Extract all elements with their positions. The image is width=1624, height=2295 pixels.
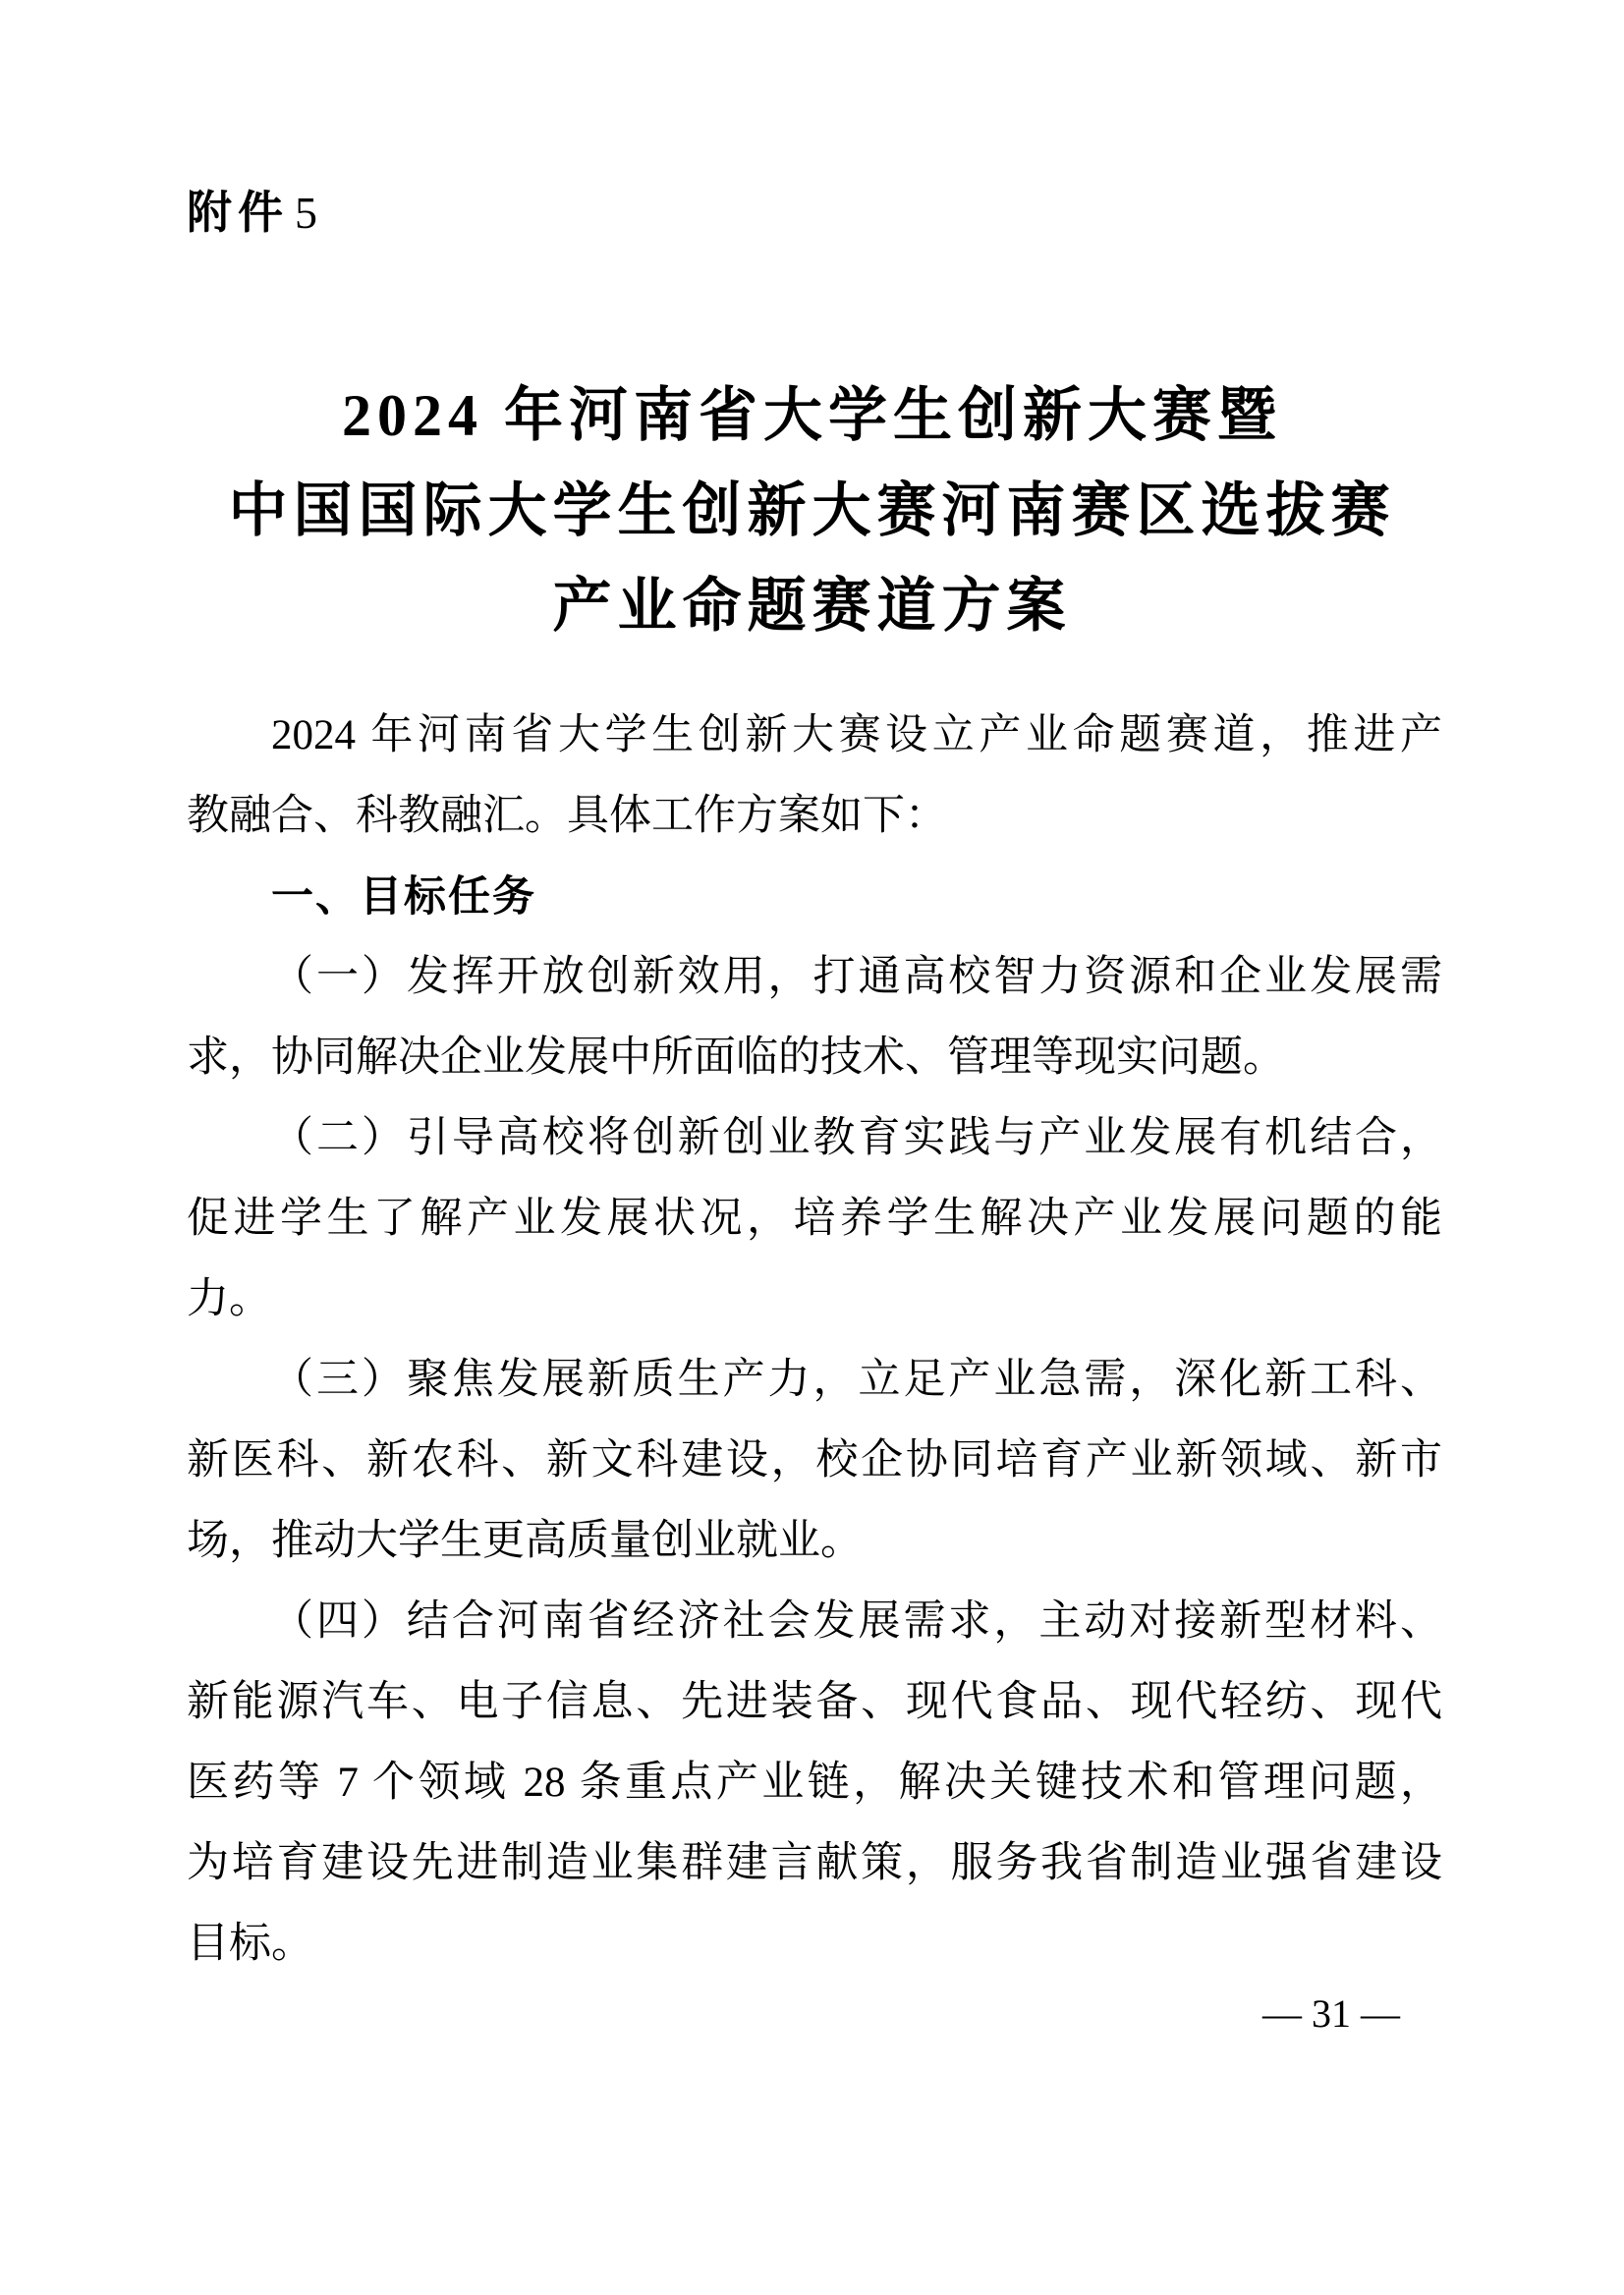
title-line-1: 2024 年河南省大学生创新大赛暨 — [0, 368, 1624, 464]
document-body: 2024 年河南省大学生创新大赛设立产业命题赛道，推进产 教融合、科教融汇。具体… — [187, 696, 1442, 1985]
body-line: 目标。 — [187, 1904, 1442, 1985]
title-line-3: 产业命题赛道方案 — [0, 559, 1624, 654]
body-line: 新医科、新农科、新文科建设，校企协同培育产业新领域、新市 — [187, 1421, 1442, 1501]
title-line-2: 中国国际大学生创新大赛河南赛区选拔赛 — [0, 464, 1624, 559]
body-line: （一）发挥开放创新效用，打通高校智力资源和企业发展需 — [187, 937, 1442, 1018]
body-line: 为培育建设先进制造业集群建言献策，服务我省制造业强省建设 — [187, 1823, 1442, 1904]
attachment-label: 附件5 — [187, 182, 1624, 243]
body-line: （三）聚焦发展新质生产力，立足产业急需，深化新工科、 — [187, 1340, 1442, 1421]
document-title: 2024 年河南省大学生创新大赛暨 中国国际大学生创新大赛河南赛区选拔赛 产业命… — [0, 368, 1624, 654]
body-line: 场，推动大学生更高质量创业就业。 — [187, 1501, 1442, 1582]
attachment-label-number: 5 — [295, 188, 317, 238]
page-number: — 31 — — [1262, 1991, 1400, 2036]
attachment-label-text: 附件 — [187, 187, 289, 238]
body-line: 医药等 7 个领域 28 条重点产业链，解决关键技术和管理问题， — [187, 1743, 1442, 1823]
section-heading: 一、目标任务 — [187, 857, 1442, 937]
body-line: 新能源汽车、电子信息、先进装备、现代食品、现代轻纺、现代 — [187, 1662, 1442, 1743]
body-line: 力。 — [187, 1259, 1442, 1340]
body-line: 教融合、科教融汇。具体工作方案如下： — [187, 776, 1442, 857]
body-line: 促进学生了解产业发展状况，培养学生解决产业发展问题的能 — [187, 1179, 1442, 1259]
body-line: 求，协同解决企业发展中所面临的技术、管理等现实问题。 — [187, 1018, 1442, 1098]
body-line: （四）结合河南省经济社会发展需求，主动对接新型材料、 — [187, 1582, 1442, 1662]
document-page: 附件5 2024 年河南省大学生创新大赛暨 中国国际大学生创新大赛河南赛区选拔赛… — [0, 0, 1624, 2295]
body-line: 2024 年河南省大学生创新大赛设立产业命题赛道，推进产 — [187, 696, 1442, 776]
body-line: （二）引导高校将创新创业教育实践与产业发展有机结合， — [187, 1098, 1442, 1179]
page-footer: — 31 — — [0, 1988, 1400, 2040]
